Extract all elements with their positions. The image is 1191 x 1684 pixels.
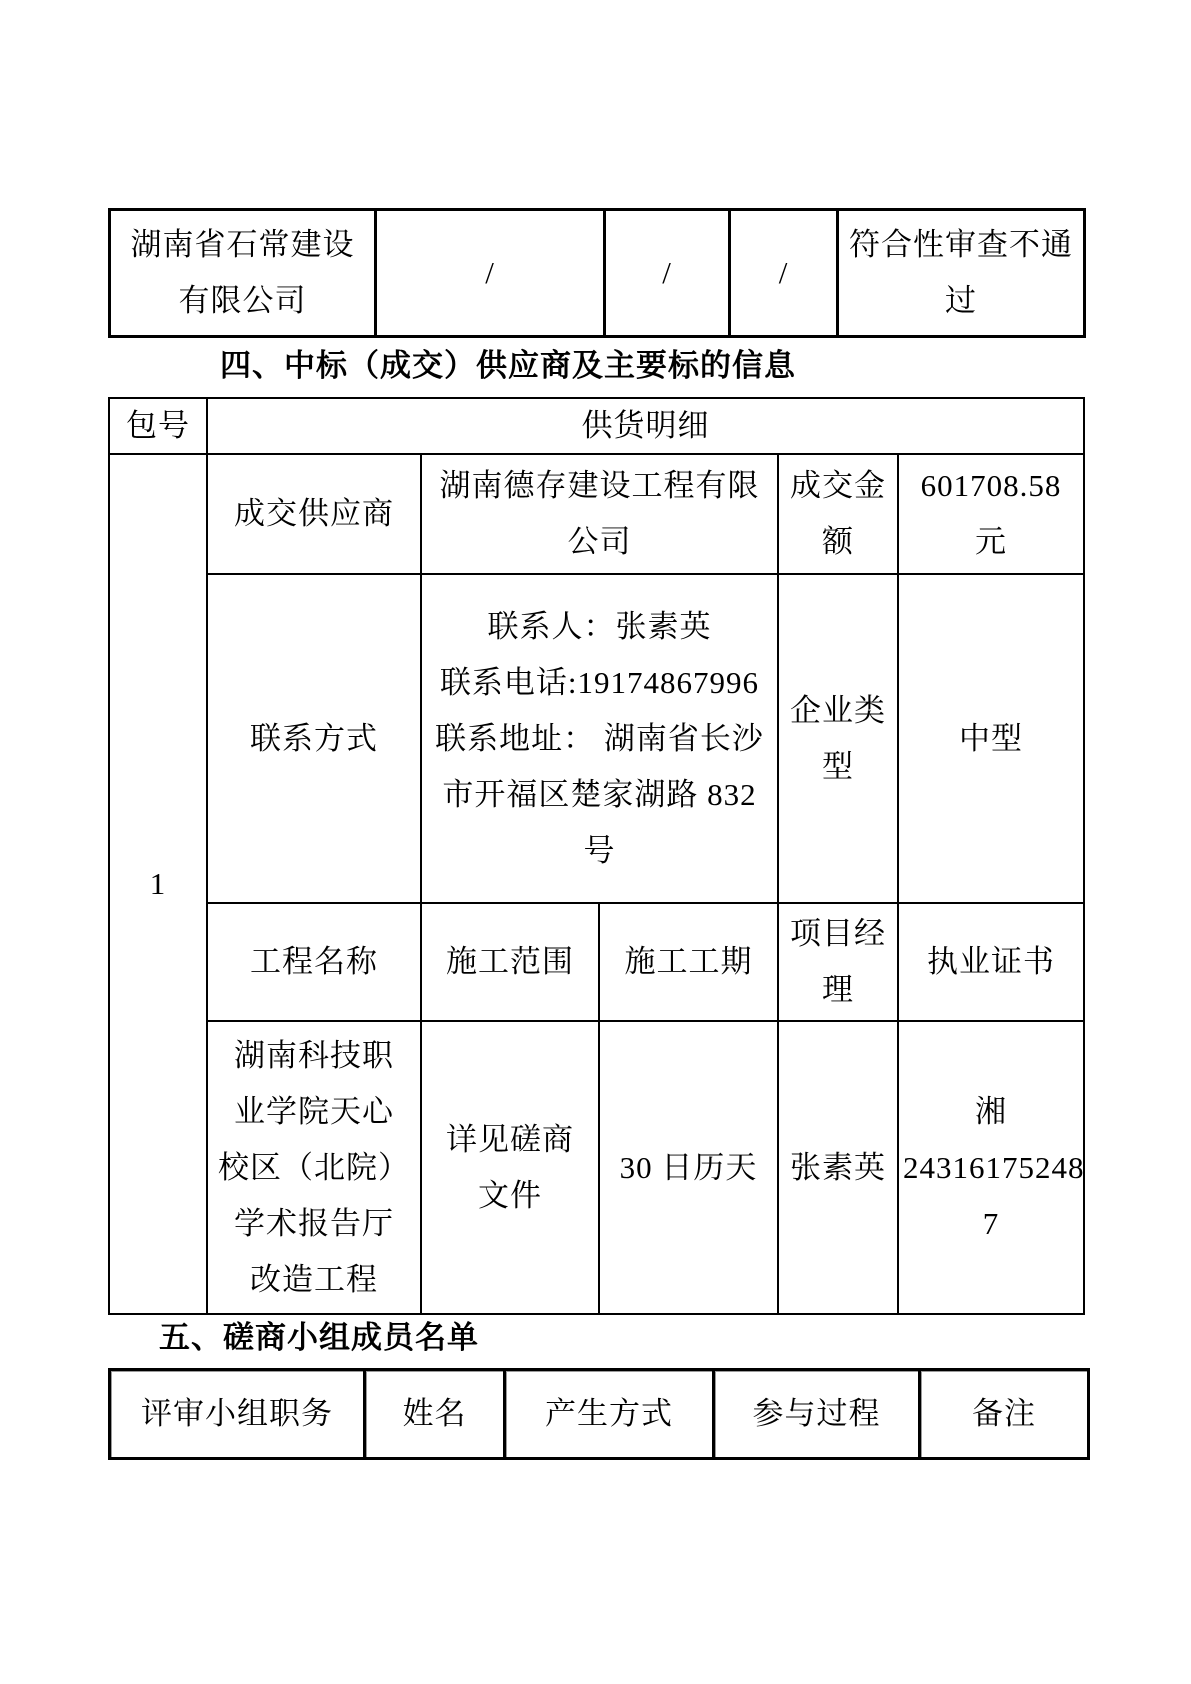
review-value-cell: / bbox=[730, 210, 838, 337]
construction-period-value: 30 日历天 bbox=[599, 1021, 778, 1314]
supply-detail-header: 供货明细 bbox=[207, 398, 1084, 454]
construction-scope-value: 详见磋商 文件 bbox=[421, 1021, 599, 1314]
amount-value: 601708.58 元 bbox=[898, 454, 1084, 574]
package-no-value: 1 bbox=[109, 454, 207, 1314]
document-page: 湖南省石常建设 有限公司 / / / 符合性审查不通过 四、中标（成交）供应商及… bbox=[0, 0, 1191, 1684]
project-name-value: 湖南科技职 业学院天心 校区（北院） 学术报告厅 改造工程 bbox=[207, 1021, 421, 1314]
package-no-header: 包号 bbox=[109, 398, 207, 454]
table-row: 联系方式 联系人：张素英 联系电话:19174867996 联系地址： 湖南省长… bbox=[109, 574, 1084, 903]
project-name-header: 工程名称 bbox=[207, 903, 421, 1021]
award-info-table: 包号 供货明细 1 成交供应商 湖南德存建设工程有限 公司 成交金 额 6017… bbox=[108, 397, 1085, 1315]
construction-period-header: 施工工期 bbox=[599, 903, 778, 1021]
section5-heading: 五、磋商小组成员名单 bbox=[159, 1318, 479, 1358]
supplier-name: 湖南德存建设工程有限 公司 bbox=[421, 454, 778, 574]
review-result: 符合性审查不通过 bbox=[838, 210, 1085, 337]
supplier-label: 成交供应商 bbox=[207, 454, 421, 574]
panel-process-header: 参与过程 bbox=[714, 1370, 920, 1459]
panel-role-header: 评审小组职务 bbox=[110, 1370, 365, 1459]
table-row: 湖南科技职 业学院天心 校区（北院） 学术报告厅 改造工程 详见磋商 文件 30… bbox=[109, 1021, 1084, 1314]
table-row: 1 成交供应商 湖南德存建设工程有限 公司 成交金 额 601708.58 元 bbox=[109, 454, 1084, 574]
table-row: 工程名称 施工范围 施工工期 项目经 理 执业证书 bbox=[109, 903, 1084, 1021]
table-row: 评审小组职务 姓名 产生方式 参与过程 备注 bbox=[110, 1370, 1089, 1459]
table-row: 湖南省石常建设 有限公司 / / / 符合性审查不通过 bbox=[110, 210, 1085, 337]
section4-heading: 四、中标（成交）供应商及主要标的信息 bbox=[220, 346, 796, 386]
panel-remark-header: 备注 bbox=[920, 1370, 1089, 1459]
amount-label: 成交金 额 bbox=[778, 454, 898, 574]
review-value-cell: / bbox=[376, 210, 605, 337]
license-header: 执业证书 bbox=[898, 903, 1084, 1021]
project-manager-header: 项目经 理 bbox=[778, 903, 898, 1021]
review-value-cell: / bbox=[605, 210, 730, 337]
construction-scope-header: 施工范围 bbox=[421, 903, 599, 1021]
panel-method-header: 产生方式 bbox=[505, 1370, 714, 1459]
table-row: 包号 供货明细 bbox=[109, 398, 1084, 454]
contact-info: 联系人：张素英 联系电话:19174867996 联系地址： 湖南省长沙 市开福… bbox=[421, 574, 778, 903]
contact-label: 联系方式 bbox=[207, 574, 421, 903]
panel-name-header: 姓名 bbox=[365, 1370, 505, 1459]
project-manager-value: 张素英 bbox=[778, 1021, 898, 1314]
panel-members-table: 评审小组职务 姓名 产生方式 参与过程 备注 bbox=[108, 1368, 1090, 1460]
review-supplier-name: 湖南省石常建设 有限公司 bbox=[110, 210, 376, 337]
enterprise-type-value: 中型 bbox=[898, 574, 1084, 903]
enterprise-type-label: 企业类 型 bbox=[778, 574, 898, 903]
license-no-value: 湘 24316175248 7 bbox=[898, 1021, 1084, 1314]
supplier-review-table: 湖南省石常建设 有限公司 / / / 符合性审查不通过 bbox=[108, 208, 1086, 338]
